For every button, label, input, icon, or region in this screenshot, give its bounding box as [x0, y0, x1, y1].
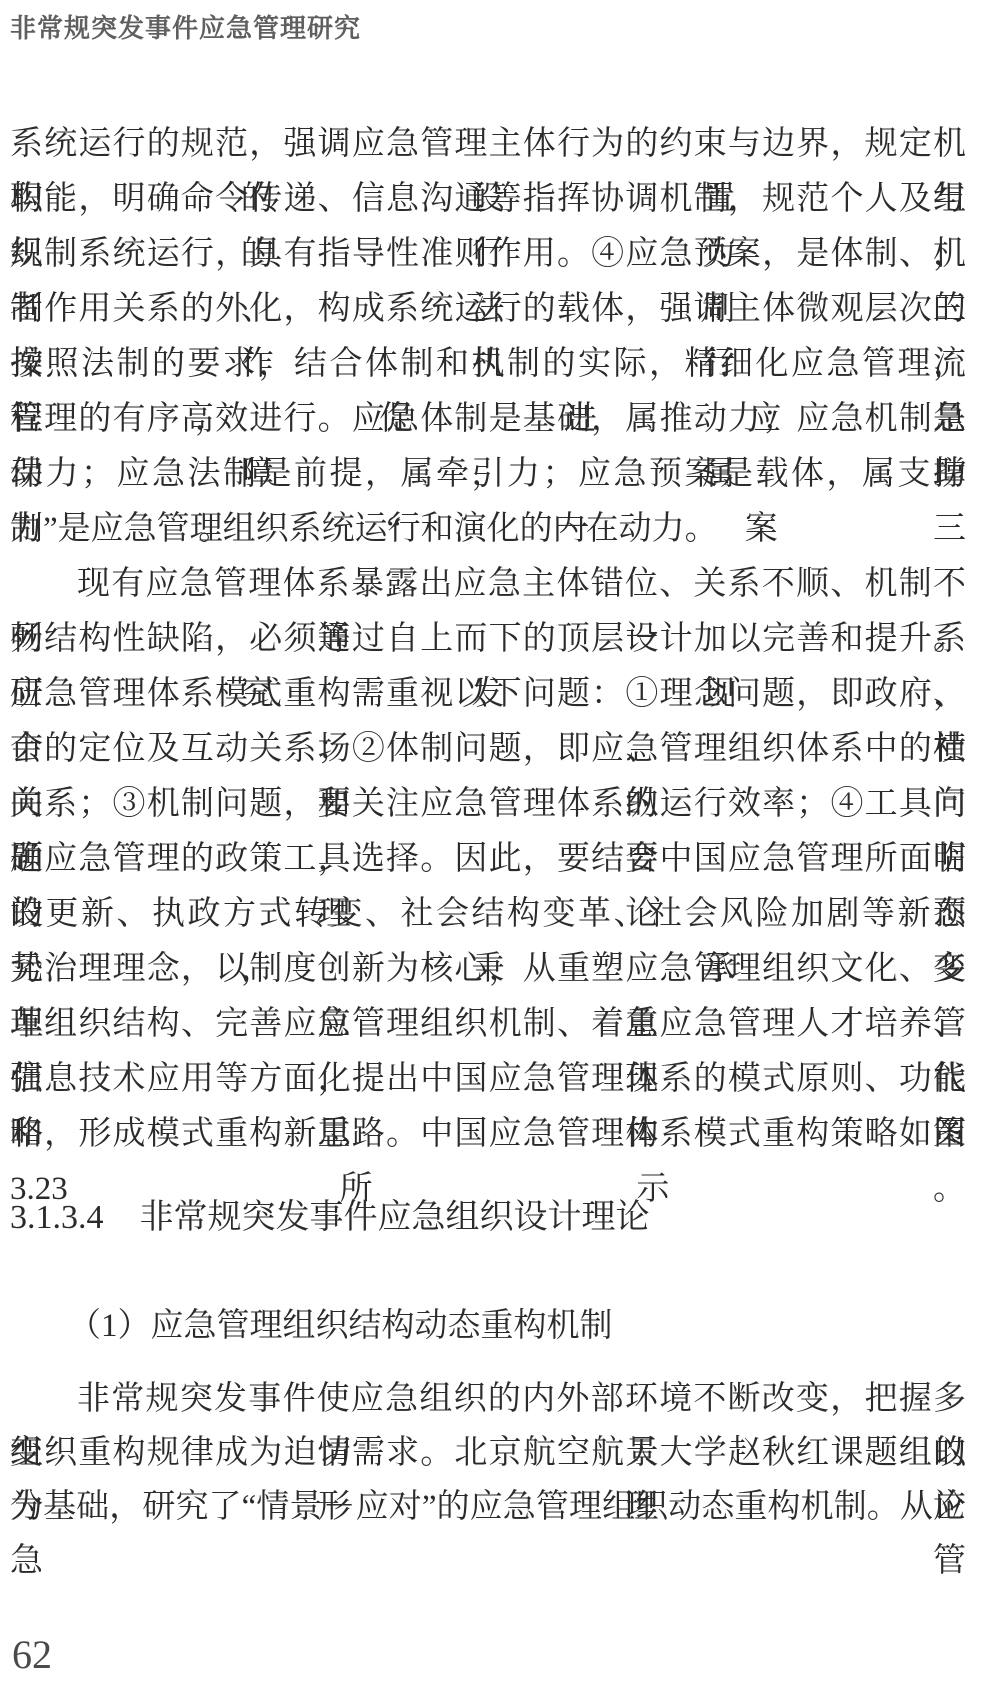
- text-line: 理组织结构、完善应急管理组织机制、着重应急管理人才培养、强化现代: [10, 997, 966, 1052]
- text-line: 元治理理念，以制度创新为核心，从重塑应急管理组织文化、变革应急管: [10, 942, 966, 997]
- text-line: 按照法制的要求，结合体制和机制的实际，精细化应急管理流程，促进应急: [10, 337, 966, 392]
- running-header: 非常规突发事件应急管理研究: [10, 12, 361, 46]
- section-title: 非常规突发事件应急组织设计理论: [140, 1199, 650, 1236]
- text-line: 列结构性缺陷，必须通过自上而下的顶层设计加以完善和提升。研究发现，: [10, 612, 966, 667]
- book-page: 非常规突发事件应急管理研究 系统运行的规范，强调应急管理主体行为的约束与边界，规…: [0, 0, 981, 1689]
- paragraph: 非常规突发事件使应急组织的内外部环境不断改变，把握多变情景的 组织重构规律成为迫…: [10, 1372, 966, 1534]
- text-line: 为基础，研究了“情景－应对”的应急管理组织动态重构机制。从应急管: [10, 1480, 966, 1534]
- text-line: 规制系统运行，具有指导性准则作用。④应急预案，是体制、机制、法制三: [10, 227, 966, 282]
- text-line: 者作用关系的外化，构成系统运行的载体，强调主体微观层次的操作执行，: [10, 282, 966, 337]
- paragraph-continued: 系统运行的规范，强调应急管理主体行为的约束与边界，规定机构的设置与 职能，明确命…: [10, 117, 966, 557]
- text-line: 关系；③机制问题，要关注应急管理体系的运行效率；④工具问题，要明: [10, 777, 966, 832]
- text-line: 信息技术应用等方面，提出中国应急管理体系的模式原则、功能和重构策: [10, 1052, 966, 1107]
- text-line: 系统运行的规范，强调应急管理主体行为的约束与边界，规定机构的设置与: [10, 117, 966, 172]
- text-line: 现有应急管理体系暴露出应急主体错位、关系不顺、机制不畅等一系: [10, 557, 966, 612]
- text-line: 设更新、执政方式转变、社会结构变革、社会风险加剧等新态势，秉承多: [10, 887, 966, 942]
- text-line: 动力；应急法制是前提，属牵引力；应急预案是载体，属支撑力。“一案三: [10, 447, 966, 502]
- text-line: 非常规突发事件使应急组织的内外部环境不断改变，把握多变情景的: [10, 1372, 966, 1426]
- text-line: 组织重构规律成为迫切需求。北京航空航天大学赵秋红课题组以分形理论: [10, 1426, 966, 1480]
- text-line: 职能，明确命令传递、信息沟通等指挥协调机制，规范个人及组织的行为，: [10, 172, 966, 227]
- page-number: 62: [12, 1633, 52, 1677]
- text-line: 应急管理体系模式重构需重视以下问题：①理念问题，即政府、市场、社: [10, 667, 966, 722]
- paragraph: 现有应急管理体系暴露出应急主体错位、关系不顺、机制不畅等一系 列结构性缺陷，必须…: [10, 557, 966, 1162]
- subsection-heading: （1）应急管理组织结构动态重构机制: [10, 1299, 966, 1354]
- text-line: 会的定位及互动关系；②体制问题，即应急管理组织体系中的横向和纵向: [10, 722, 966, 777]
- text-line: 确应急管理的政策工具选择。因此，要结合中国应急管理所面临的理论预: [10, 832, 966, 887]
- text-line: 略，形成模式重构新思路。中国应急管理体系模式重构策略如图 3.23 所示。: [10, 1107, 966, 1162]
- section-number: 3.1.3.4: [10, 1199, 104, 1236]
- section-heading: 3.1.3.4非常规突发事件应急组织设计理论: [10, 1196, 966, 1240]
- text-line: 管理的有序高效进行。应急体制是基础，属推动力；应急机制是保障，属助: [10, 392, 966, 447]
